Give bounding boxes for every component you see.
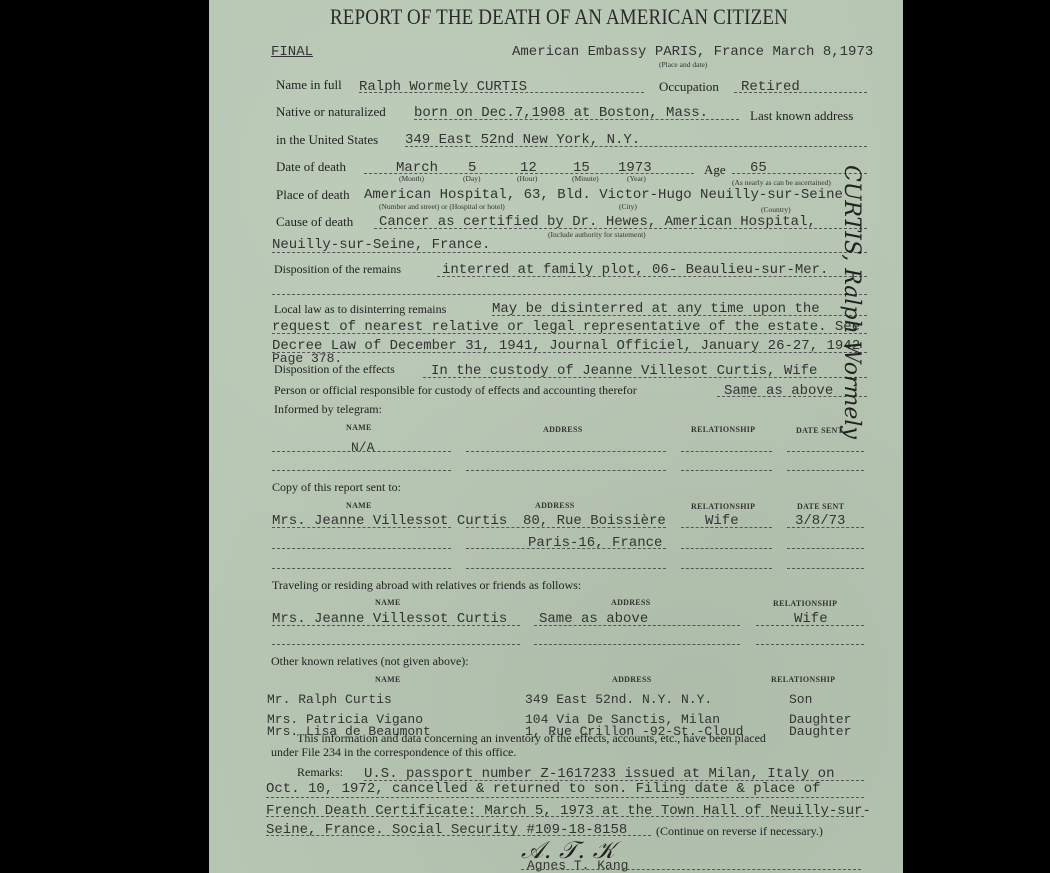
line (466, 527, 666, 528)
col-name: NAME (346, 423, 372, 432)
line (423, 377, 867, 378)
line (466, 470, 666, 471)
col-name: NAME (375, 675, 401, 684)
place-and-date: American Embassy PARIS, France March 8,1… (512, 44, 873, 60)
signer-name: Agnes T. Kang (527, 858, 628, 873)
line (272, 548, 451, 549)
caption-month: (Month) (399, 174, 424, 183)
line (272, 294, 867, 295)
line (734, 92, 867, 93)
label-remarks: Remarks: (297, 765, 343, 780)
margin-note: CURTIS, Ralph Wormely (839, 165, 864, 455)
label-age: Age (704, 162, 726, 178)
col-relationship: RELATIONSHIP (691, 502, 755, 511)
line (374, 228, 867, 229)
col-address: ADDRESS (611, 598, 650, 607)
caption-day: (Day) (463, 174, 481, 183)
line (272, 568, 451, 569)
caption-country: (Country) (761, 205, 791, 214)
line (266, 797, 864, 798)
caption-hour: (Hour) (517, 174, 537, 183)
col-name: NAME (346, 501, 372, 510)
line (681, 568, 772, 569)
col-address: ADDRESS (543, 425, 582, 434)
document-title: REPORT OF THE DEATH OF AN AMERICAN CITIZ… (330, 4, 788, 30)
line (272, 527, 451, 528)
label-date-of-death: Date of death (276, 159, 346, 175)
line (492, 315, 867, 316)
line (756, 625, 864, 626)
relative-address: 349 East 52nd. N.Y. N.Y. (525, 692, 712, 707)
line (272, 252, 867, 253)
label-native: Native or naturalized (276, 104, 386, 120)
line (437, 276, 867, 277)
caption-street: (Number and street) or (Hospital or hote… (379, 202, 505, 211)
line (681, 527, 772, 528)
label-telegram: Informed by telegram: (274, 402, 382, 417)
col-relationship: RELATIONSHIP (771, 675, 835, 684)
inventory-note-1: This information and data concerning an … (297, 731, 766, 746)
caption-age: (As nearly as can be ascertained) (732, 178, 831, 187)
label-place-of-death: Place of death (276, 187, 350, 203)
caption-city: (City) (619, 202, 637, 211)
continue-note: (Continue on reverse if necessary.) (656, 824, 823, 839)
line (787, 527, 864, 528)
col-address: ADDRESS (535, 501, 574, 510)
telegram-name: N/A (351, 440, 374, 455)
col-date-sent: DATE SENT (797, 502, 844, 511)
label-other-relatives: Other known relatives (not given above): (271, 654, 469, 669)
col-date-sent: DATE SENT (796, 426, 843, 435)
line (756, 644, 864, 645)
col-name: NAME (375, 598, 401, 607)
line (272, 644, 520, 645)
inventory-note-2: under File 234 in the correspondence of … (271, 745, 516, 760)
line (521, 869, 861, 870)
label-local-law: Local law as to disinterring remains (274, 302, 446, 317)
line (405, 146, 867, 147)
label-occupation: Occupation (659, 79, 719, 95)
line (272, 352, 867, 353)
value-cause-2: Neuilly-sur-Seine, France. (272, 237, 490, 253)
label-last-address: Last known address (750, 108, 853, 124)
line (681, 548, 772, 549)
line (272, 451, 451, 452)
col-relationship: RELATIONSHIP (773, 599, 837, 608)
caption-minute: (Minute) (572, 174, 599, 183)
label-remains: Disposition of the remains (274, 262, 401, 277)
label-name: Name in full (276, 77, 342, 93)
line (787, 470, 864, 471)
line (272, 333, 867, 334)
place-date-caption: (Place and date) (659, 60, 707, 69)
label-in-us: in the United States (276, 132, 378, 148)
line (787, 548, 864, 549)
line (466, 451, 666, 452)
relative-relationship: Son (789, 692, 812, 707)
line (359, 92, 644, 93)
label-effects: Disposition of the effects (274, 362, 395, 377)
col-address: ADDRESS (612, 675, 651, 684)
status-final: FINAL (271, 44, 313, 60)
label-traveling: Traveling or residing abroad with relati… (272, 578, 581, 593)
line (364, 780, 864, 781)
line (787, 568, 864, 569)
line (466, 548, 666, 549)
relative-relationship: Daughter (789, 724, 851, 739)
label-copy-sent: Copy of this report sent to: (272, 480, 401, 495)
relative-name: Mr. Ralph Curtis (267, 692, 392, 707)
caption-authority: (Include authority for statement) (548, 230, 646, 239)
line (534, 625, 740, 626)
death-report-page: REPORT OF THE DEATH OF AN AMERICAN CITIZ… (209, 0, 903, 873)
line (272, 625, 520, 626)
value-place-of-death: American Hospital, 63, Bld. Victor-Hugo … (364, 187, 843, 203)
caption-year: (Year) (627, 174, 646, 183)
line (272, 470, 451, 471)
col-relationship: RELATIONSHIP (691, 425, 755, 434)
remarks-line-2: Oct. 10, 1972, cancelled & returned to s… (266, 781, 821, 797)
line (681, 470, 772, 471)
label-responsible: Person or official responsible for custo… (274, 383, 637, 398)
line (534, 644, 740, 645)
line (414, 119, 739, 120)
line (466, 568, 666, 569)
line (266, 816, 864, 817)
label-cause: Cause of death (276, 214, 353, 230)
line (681, 451, 772, 452)
